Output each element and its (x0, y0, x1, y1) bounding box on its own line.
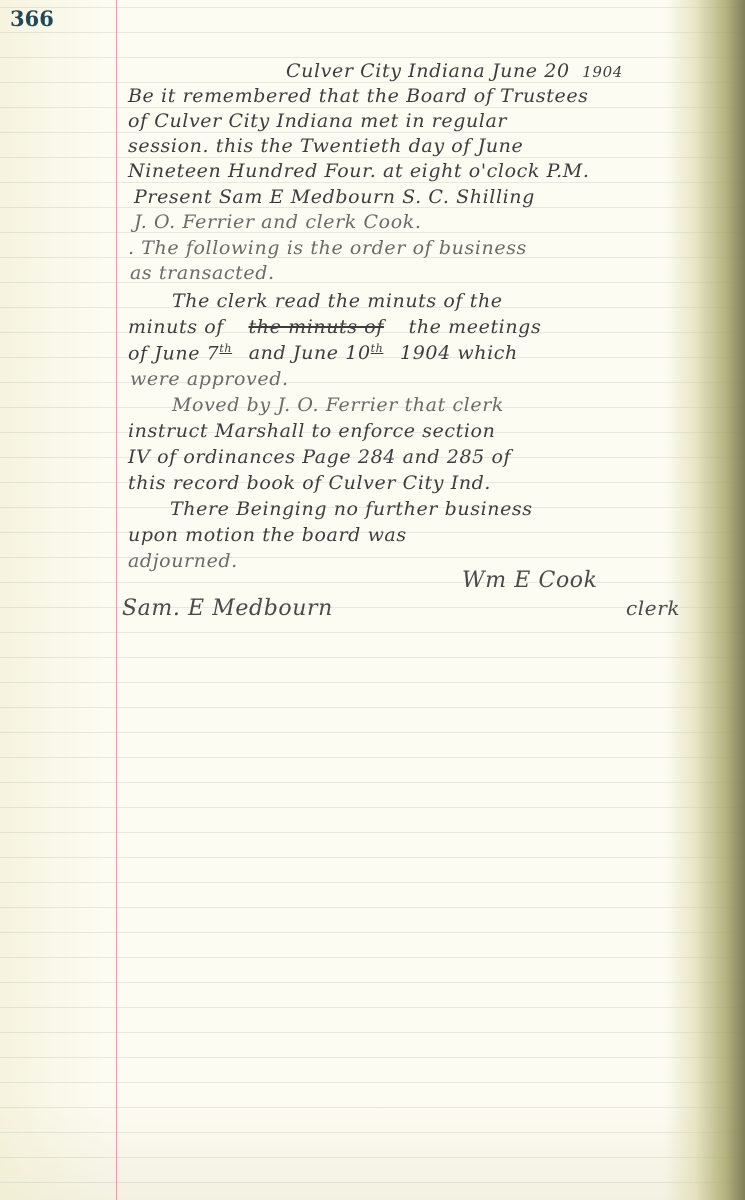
dates-sup-2: th (371, 342, 384, 355)
body-line: Nineteen Hundred Four. at eight o'clock … (128, 160, 590, 182)
body-line: J. O. Ferrier and clerk Cook. (134, 211, 422, 233)
dates-part-3: 1904 which (400, 342, 518, 364)
ledger-page: 366 Culver City Indiana June 20 1904 Be … (0, 0, 745, 1200)
body-line: this record book of Culver City Ind. (128, 472, 491, 494)
heading-place-date: Culver City Indiana June 20 1904 (286, 60, 623, 82)
body-line: were approved. (130, 368, 289, 390)
dates-line: of June 7th and June 10th 1904 which (128, 342, 518, 364)
body-line: There Beinging no further business (170, 498, 533, 520)
struck-out-text: the minuts of (249, 316, 384, 338)
body-line: adjourned. (128, 550, 238, 572)
dates-part-1: of June 7 (128, 342, 219, 364)
clerk-title: clerk (626, 596, 680, 620)
body-line: session. this the Twentieth day of June (128, 135, 523, 157)
struck-line-before: minuts of (128, 316, 224, 338)
margin-line (116, 0, 117, 1200)
body-line: Be it remembered that the Board of Trust… (128, 85, 589, 107)
clerk-signature: Wm E Cook (462, 568, 598, 593)
struck-line-after: the meetings (409, 316, 542, 338)
body-line: instruct Marshall to enforce section (128, 420, 495, 442)
heading-year: 1904 (582, 63, 623, 81)
dates-sup-1: th (219, 342, 232, 355)
body-line: of Culver City Indiana met in regular (128, 110, 507, 132)
body-line: . The following is the order of business (128, 237, 527, 259)
page-number: 366 (10, 6, 54, 31)
body-line: Moved by J. O. Ferrier that clerk (172, 394, 504, 416)
body-line: Present Sam E Medbourn S. C. Shilling (134, 186, 535, 208)
struck-line: minuts of the minuts of the meetings (128, 316, 541, 338)
body-line: upon motion the board was (128, 524, 407, 546)
heading-place-date-text: Culver City Indiana June 20 (286, 60, 570, 82)
president-signature: Sam. E Medbourn (122, 596, 333, 621)
body-line: IV of ordinances Page 284 and 285 of (128, 446, 511, 468)
body-line: as transacted. (130, 262, 275, 284)
body-line: The clerk read the minuts of the (172, 290, 503, 312)
dates-part-2: and June 10 (249, 342, 371, 364)
